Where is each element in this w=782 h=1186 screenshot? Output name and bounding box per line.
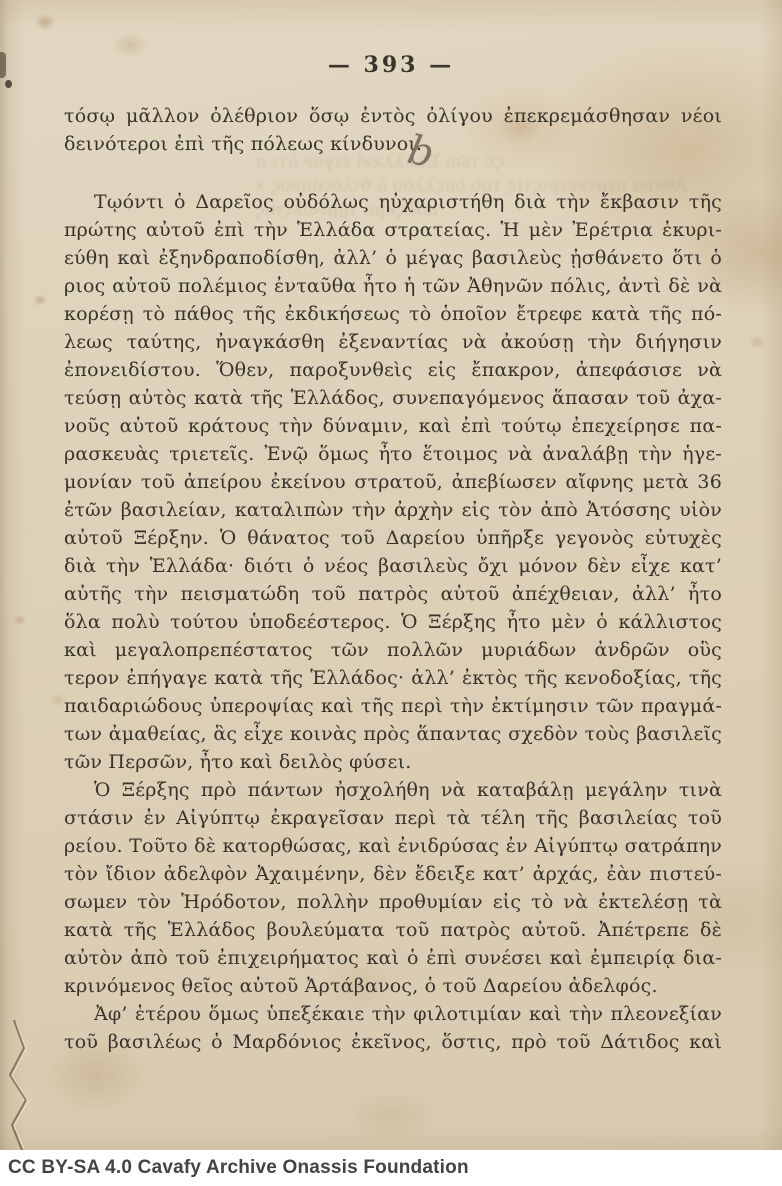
text-line: εύθη καὶ ἐξηνδραποδίσθη, ἀλλ’ ὁ μέγας βα…	[64, 244, 722, 272]
text-line: μονίαν τοῦ ἀπείρου ἐκείνου στρατοῦ, ἀπεβ…	[64, 468, 722, 496]
text-line: αὐτῆς τὴν πεισματώδη τοῦ πατρὸς αὐτοῦ ἀπ…	[64, 580, 722, 608]
text-line: Ὁ Ξέρξης πρὸ πάντων ἠσχολήθη νὰ καταβάλῃ…	[64, 776, 722, 804]
text-line: Τῳόντι ὁ Δαρεῖος οὐδόλως ηὐχαριστήθη διὰ…	[64, 188, 722, 216]
text-line: καὶ μεγαλοπρεπέστατος τῶν πολλῶν μυριάδω…	[64, 636, 722, 664]
text-line: τόσῳ μᾶλλον ὀλέθριον ὅσῳ ἐντὸς ὀλίγου ἐπ…	[64, 102, 722, 130]
text-line: παιδαριώδους ὑπεροψίας καὶ τῆς περὶ τὴν …	[64, 692, 722, 720]
text-line: ἐπονειδίστου. Ὅθεν, παροξυνθεὶς εἰς ἔπακ…	[64, 356, 722, 384]
text-line: διὰ τὴν Ἑλλάδα· διότι ὁ νέος βασιλεὺς ὄχ…	[64, 552, 722, 580]
page-number: — 393 —	[0, 52, 782, 78]
paragraph: τόσῳ μᾶλλον ὀλέθριον ὅσῳ ἐντὸς ὀλίγου ἐπ…	[64, 102, 722, 158]
text-line: κορέσῃ τὸ πάθος τῆς ἐκδικήσεως τὸ ὁποῖον…	[64, 300, 722, 328]
text-line: αὐτὸν ἀπὸ τοῦ ἐπιχειρήματος καὶ ὁ ἐπὶ συ…	[64, 944, 722, 972]
text-line: τερον ἐπήγαγε κατὰ τῆς Ἑλλάδος· ἀλλ’ ἐκτ…	[64, 664, 722, 692]
page-edge-fleck	[5, 80, 12, 88]
text-line: ρασκευὰς τριετεῖς. Ἐνῷ ὅμως ἦτο ἕτοιμος …	[64, 440, 722, 468]
paragraph: Ἀφ’ ἑτέρου ὅμως ὑπεξέκαιε τὴν φιλοτιμίαν…	[64, 1000, 722, 1056]
text-line: αὐτοῦ Ξέρξην. Ὁ θάνατος τοῦ Δαρείου ὑπῆρ…	[64, 524, 722, 552]
paragraph: Τῳόντι ὁ Δαρεῖος οὐδόλως ηὐχαριστήθη διὰ…	[64, 188, 722, 776]
license-text: CC BY-SA 4.0 Cavafy Archive Onassis Foun…	[8, 1157, 469, 1179]
text-line: δεινότεροι ἐπὶ τῆς πόλεως κίνδυνοι.	[64, 130, 722, 158]
text-line: ριος αὐτοῦ πολέμιος ἐνταῦθα ἦτο ἡ τῶν Ἀθ…	[64, 272, 722, 300]
text-line: τοῦ βασιλέως ὁ Μαρδόνιος ἐκεῖνος, ὅστις,…	[64, 1028, 722, 1056]
text-line: ρείου. Τοῦτο δὲ κατορθώσας, καὶ ἐνιδρύσα…	[64, 832, 722, 860]
text-line: κατὰ τῆς Ἑλλάδος βουλεύματα τοῦ πατρὸς α…	[64, 916, 722, 944]
text-line: τεύσῃ αὐτὸς κατὰ τῆς Ἑλλάδος, συνεπαγόμε…	[64, 384, 722, 412]
text-line: σωμεν τὸν Ἡρόδοτον, πολλὴν προθυμίαν εἰς…	[64, 888, 722, 916]
text-line: πρώτης αὐτοῦ ἐπὶ τὴν Ἑλλάδα στρατείας. Ἡ…	[64, 216, 722, 244]
text-line: Ἀφ’ ἑτέρου ὅμως ὑπεξέκαιε τὴν φιλοτιμίαν…	[64, 1000, 722, 1028]
paper-tear	[0, 1020, 60, 1150]
body-text-block: τόσῳ μᾶλλον ὀλέθριον ὅσῳ ἐντὸς ὀλίγου ἐπ…	[64, 102, 722, 1056]
text-line: νοῦς αὐτοῦ κράτους τὴν δύναμιν, καὶ ἐπὶ …	[64, 412, 722, 440]
text-line: λεως ταύτης, ἠναγκάσθη ἐξεναντίας νὰ ἀκο…	[64, 328, 722, 356]
text-line: στάσιν ἐν Αἰγύπτῳ ἐκραγεῖσαν περὶ τὰ τέλ…	[64, 804, 722, 832]
book-page-scan: ϛϲ τῶν Ἑλλλλϰϰὶ εϊγον ὃτι α Ἀθϰνα πεϱτνε…	[0, 0, 782, 1186]
text-line: τὸν ἴδιον ἀδελφὸν Ἀχαιμένην, δὲν ἔδειξε …	[64, 860, 722, 888]
text-line: ἐτῶν βασιλείαν, καταλιπὼν τὴν ἀρχὴν εἰς …	[64, 496, 722, 524]
text-line: τῶν Περσῶν, ἦτο καὶ δειλὸς φύσει.	[64, 748, 722, 776]
attribution-bar: CC BY-SA 4.0 Cavafy Archive Onassis Foun…	[0, 1150, 782, 1186]
text-line: ὅλα πολὺ τούτου ὑποδεέστερος. Ὁ Ξέρξης ἦ…	[64, 608, 722, 636]
paragraph: Ὁ Ξέρξης πρὸ πάντων ἠσχολήθη νὰ καταβάλῃ…	[64, 776, 722, 1000]
text-line: κρινόμενος θεῖος αὐτοῦ Ἀρτάβανος, ὁ τοῦ …	[64, 972, 722, 1000]
text-line: των ἀμαθείας, ἃς εἶχε κοινὰς πρὸς ἅπαντα…	[64, 720, 722, 748]
